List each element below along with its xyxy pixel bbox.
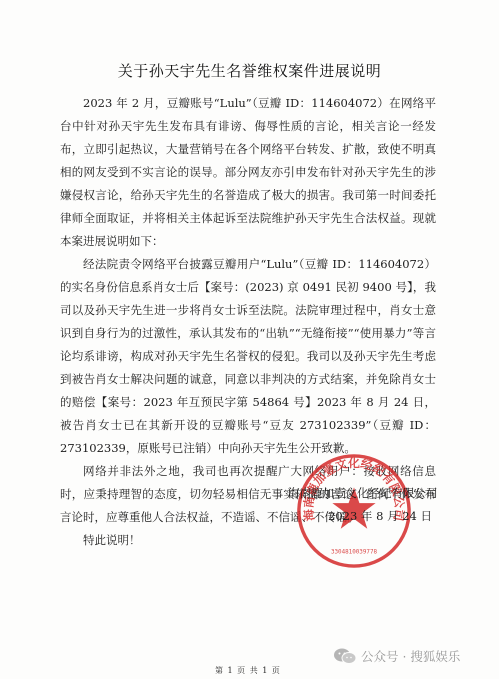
source-watermark: 公众号 · 搜狐娱乐 — [333, 647, 460, 665]
page-number: 第 1 页 共 1 页 — [215, 665, 281, 676]
paragraph-background: 2023 年 2 月，豆瓣账号“Lulu”（豆瓣 ID：114604072）在网… — [60, 92, 436, 253]
signature-block: 海南鹿加壹文化经纪有限公司 2023 年 8 月 24 日 — [288, 482, 448, 528]
watermark-label: 公众号 · 搜狐娱乐 — [361, 647, 460, 665]
seal-serial: 3304810039778 — [331, 549, 378, 555]
paragraph-progress: 经法院责令网络平台披露豆瓣用户“Lulu”（豆瓣 ID：114604072）的实… — [60, 253, 436, 460]
signature-company: 海南鹿加壹文化经纪有限公司 — [288, 482, 448, 505]
document-page: 关于孙天宇先生名誉维权案件进展说明 2023 年 2 月，豆瓣账号“Lulu”（… — [0, 0, 499, 679]
wechat-icon — [333, 648, 357, 664]
document-title: 关于孙天宇先生名誉维权案件进展说明 — [0, 60, 499, 81]
signature-date: 2023 年 8 月 24 日 — [288, 505, 448, 528]
